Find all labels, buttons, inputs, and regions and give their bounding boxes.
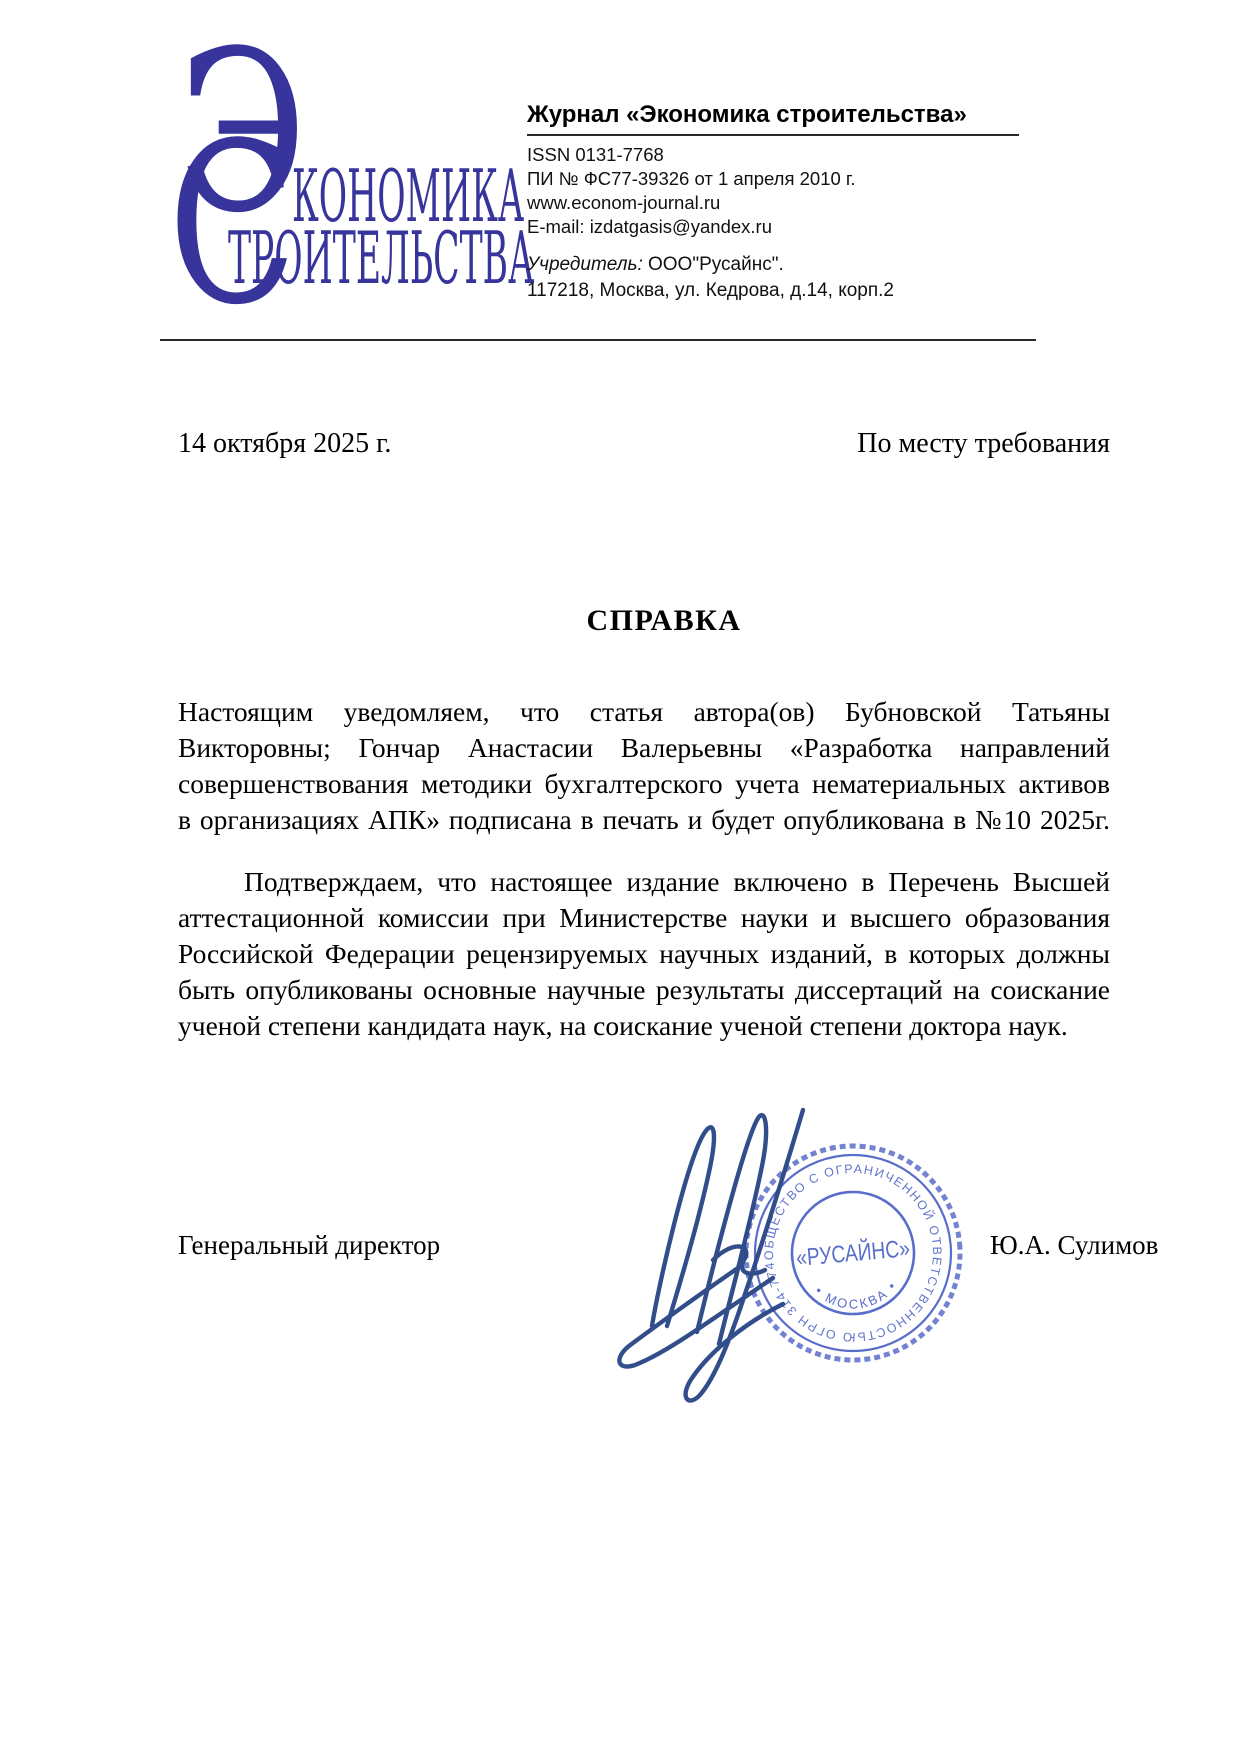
meta-row: 14 октября 2025 г. По месту требования (178, 428, 1110, 460)
signer-position: Генеральный директор (178, 1230, 440, 1261)
paragraph-line: Настоящим уведомляем, что статья автора(… (178, 694, 1110, 730)
journal-logo: Э С КОНОМИКА ТРОИТЕЛЬСТВА (0, 0, 480, 340)
header-separator-rule (160, 339, 1036, 341)
paragraph-line: Подтверждаем, что настоящее издание вклю… (178, 864, 1110, 900)
founder-line: Учредитель: ООО"Русайнс". (527, 252, 1027, 278)
logo-word-stroitelstva: ТРОИТЕЛЬСТВА (228, 222, 534, 294)
address-line: 117218, Москва, ул. Кедрова, д.14, корп.… (527, 278, 1027, 304)
founder-block: Учредитель: ООО"Русайнс". 117218, Москва… (527, 252, 1027, 304)
paragraph-vak-confirmation: Подтверждаем, что настоящее издание вклю… (178, 864, 1110, 1044)
paragraph-line: аттестационной комиссии при Министерстве… (178, 900, 1110, 936)
document-title: СПРАВКА (178, 604, 1110, 638)
paragraph-line: Викторовны; Гончар Анастасии Валерьевны … (178, 730, 1110, 766)
journal-header-title: Журнал «Экономика строительства» (527, 101, 1027, 129)
paragraph-line: ученой степени кандидата наук, на соиска… (178, 1008, 1110, 1044)
document-date: 14 октября 2025 г. (178, 428, 391, 460)
journal-contact-info: ISSN 0131-7768 ПИ № ФС77-39326 от 1 апре… (527, 143, 1007, 239)
recipient-label: По месту требования (857, 428, 1110, 460)
founder-label: Учредитель: (527, 254, 643, 275)
issn-line: ISSN 0131-7768 (527, 143, 1007, 167)
license-line: ПИ № ФС77-39326 от 1 апреля 2010 г. (527, 167, 1007, 191)
certificate-letter-page: Э С КОНОМИКА ТРОИТЕЛЬСТВА Журнал «Эконом… (0, 0, 1240, 1753)
handwritten-signature-icon (595, 1088, 895, 1418)
paragraph-line: быть опубликованы основные научные резул… (178, 972, 1110, 1008)
paragraph-line: Российской Федерации рецензируемых научн… (178, 936, 1110, 972)
paragraph-publication-notice: Настоящим уведомляем, что статья автора(… (178, 694, 1110, 838)
founder-value: ООО"Русайнс". (643, 254, 784, 275)
paragraph-line: в организациях АПК» подписана в печать и… (178, 802, 1110, 838)
signer-name: Ю.А. Сулимов (990, 1230, 1158, 1261)
header-title-underline (527, 134, 1019, 136)
paragraph-line: совершенствования методики бухгалтерског… (178, 766, 1110, 802)
website-line: www.econom-journal.ru (527, 191, 1007, 215)
email-line: E-mail: izdatgasis@yandex.ru (527, 215, 1007, 239)
